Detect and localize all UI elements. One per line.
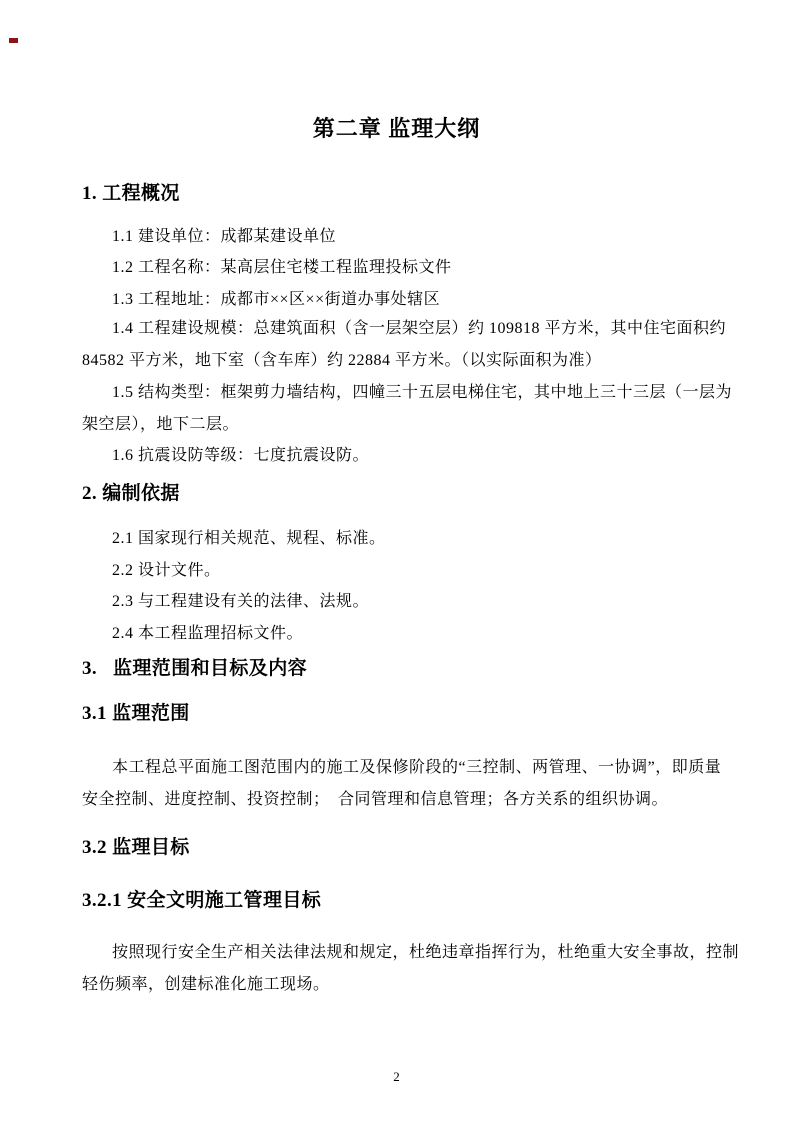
section-1-heading: 1. 工程概况 xyxy=(82,183,180,205)
item-1-5-line2: 架空层），地下二层。 xyxy=(82,416,239,435)
page-number: 2 xyxy=(0,1069,793,1085)
item-1-2: 1.2 工程名称：某高层住宅楼工程监理投标文件 xyxy=(82,259,452,278)
item-1-4-line2: 84582 平方米，地下室（含车库）约 22884 平方米。（以实际面积为准） xyxy=(82,352,602,371)
section-3-2-heading: 3.2 监理目标 xyxy=(82,837,190,859)
item-2-1: 2.1 国家现行相关规范、规程、标准。 xyxy=(82,530,386,549)
section-3-heading-number: 3. xyxy=(82,658,113,680)
doc-title: 第二章 监理大纲 xyxy=(0,116,793,142)
section-3-heading-text: 监理范围和目标及内容 xyxy=(113,658,307,679)
item-1-5-line1: 1.5 结构类型：框架剪力墙结构，四幢三十五层电梯住宅，其中地上三十三层（一层为 xyxy=(82,384,732,403)
item-2-3: 2.3 与工程建设有关的法律、法规。 xyxy=(82,593,369,612)
item-2-2: 2.2 设计文件。 xyxy=(82,562,221,581)
document-page: 第二章 监理大纲 1. 工程概况 1.1 建设单位：成都某建设单位 1.2 工程… xyxy=(0,0,793,1122)
section-2-heading: 2. 编制依据 xyxy=(82,483,180,505)
item-1-1: 1.1 建设单位：成都某建设单位 xyxy=(82,228,336,247)
section-3-1-heading: 3.1 监理范围 xyxy=(82,703,190,725)
target-paragraph-line1: 按照现行安全生产相关法律法规和规定，杜绝违章指挥行为，杜绝重大安全事故，控制 xyxy=(82,944,739,963)
scope-paragraph-line1: 本工程总平面施工图范围内的施工及保修阶段的“三控制、两管理、一协调”，即质量 xyxy=(82,759,721,778)
scope-paragraph-line2: 安全控制、进度控制、投资控制； 合同管理和信息管理；各方关系的组织协调。 xyxy=(82,791,668,810)
item-2-4: 2.4 本工程监理招标文件。 xyxy=(82,625,303,644)
item-1-6: 1.6 抗震设防等级：七度抗震设防。 xyxy=(82,447,369,466)
item-1-3: 1.3 工程地址：成都市××区××街道办事处辖区 xyxy=(82,291,440,310)
target-paragraph-line2: 轻伤频率，创建标准化施工现场。 xyxy=(82,976,330,995)
item-1-4-line1: 1.4 工程建设规模：总建筑面积（含一层架空层）约 109818 平方米，其中住… xyxy=(82,320,726,339)
section-3-2-1-heading: 3.2.1 安全文明施工管理目标 xyxy=(82,890,321,912)
section-3-heading: 3.监理范围和目标及内容 xyxy=(82,658,307,680)
red-corner-mark xyxy=(9,38,18,43)
